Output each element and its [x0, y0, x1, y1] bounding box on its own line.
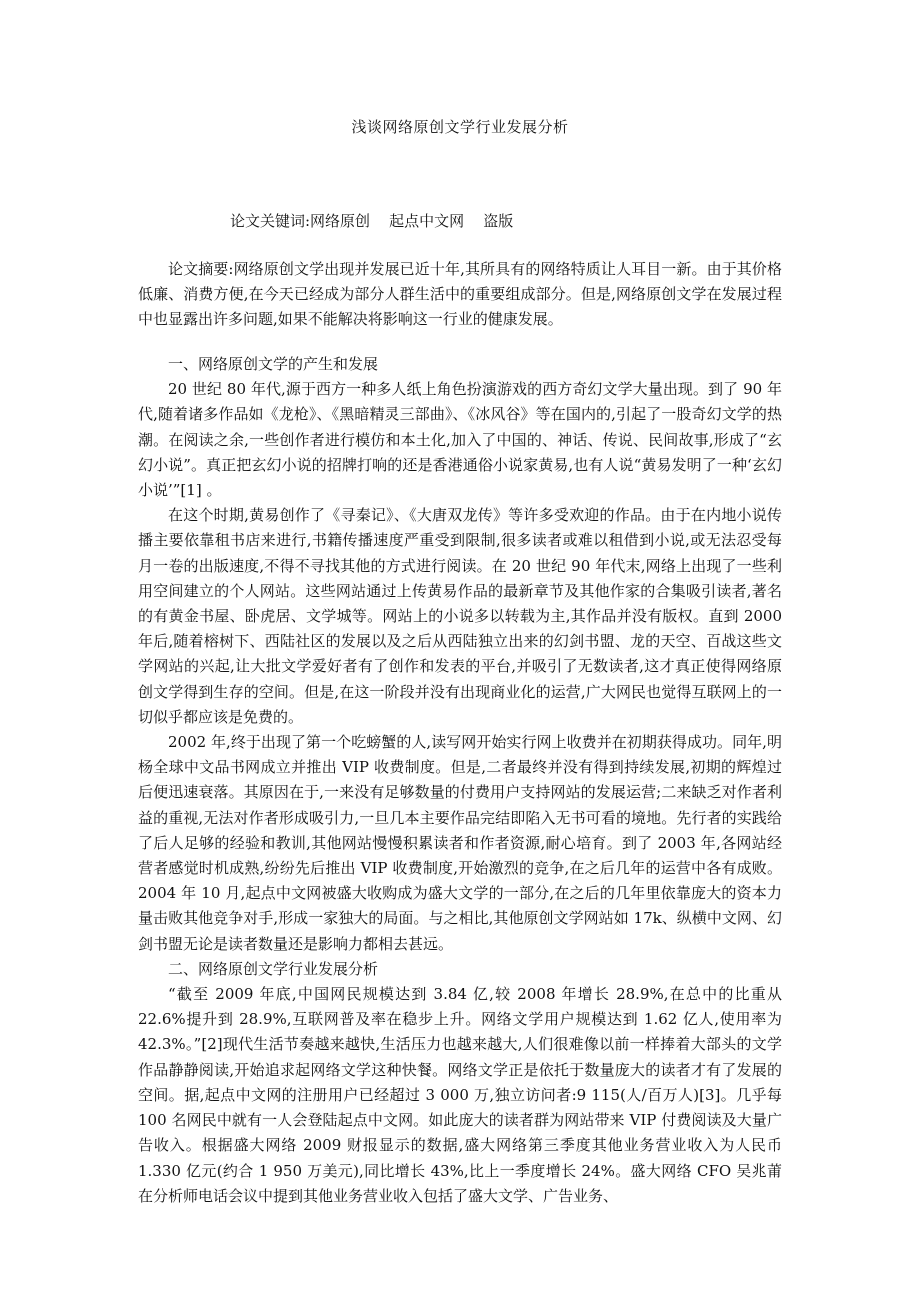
section-heading: 一、网络原创文学的产生和发展 [138, 352, 782, 377]
document-page: 浅谈网络原创文学行业发展分析 论文关键词:网络原创 起点中文网 盗版 论文摘要:… [0, 0, 920, 1302]
body-paragraph: “截至 2009 年底,中国网民规模达到 3.84 亿,较 2008 年增长 2… [138, 982, 782, 1209]
body-paragraph: 20 世纪 80 年代,源于西方一种多人纸上角色扮演游戏的西方奇幻文学大量出现。… [138, 377, 782, 503]
keywords-line: 论文关键词:网络原创 起点中文网 盗版 [230, 210, 513, 231]
main-body: 一、网络原创文学的产生和发展 20 世纪 80 年代,源于西方一种多人纸上角色扮… [138, 352, 782, 1209]
section-heading: 二、网络原创文学行业发展分析 [138, 957, 782, 982]
body-paragraph: 在这个时期,黄易创作了《寻秦记》、《大唐双龙传》等许多受欢迎的作品。由于在内地小… [138, 503, 782, 730]
body-paragraph: 2002 年,终于出现了第一个吃螃蟹的人,读写网开始实行网上收费并在初期获得成功… [138, 730, 782, 957]
document-title: 浅谈网络原创文学行业发展分析 [0, 116, 920, 137]
abstract-paragraph: 论文摘要:网络原创文学出现并发展已近十年,其所具有的网络特质让人耳目一新。由于其… [138, 257, 782, 333]
abstract-block: 论文摘要:网络原创文学出现并发展已近十年,其所具有的网络特质让人耳目一新。由于其… [138, 257, 782, 333]
